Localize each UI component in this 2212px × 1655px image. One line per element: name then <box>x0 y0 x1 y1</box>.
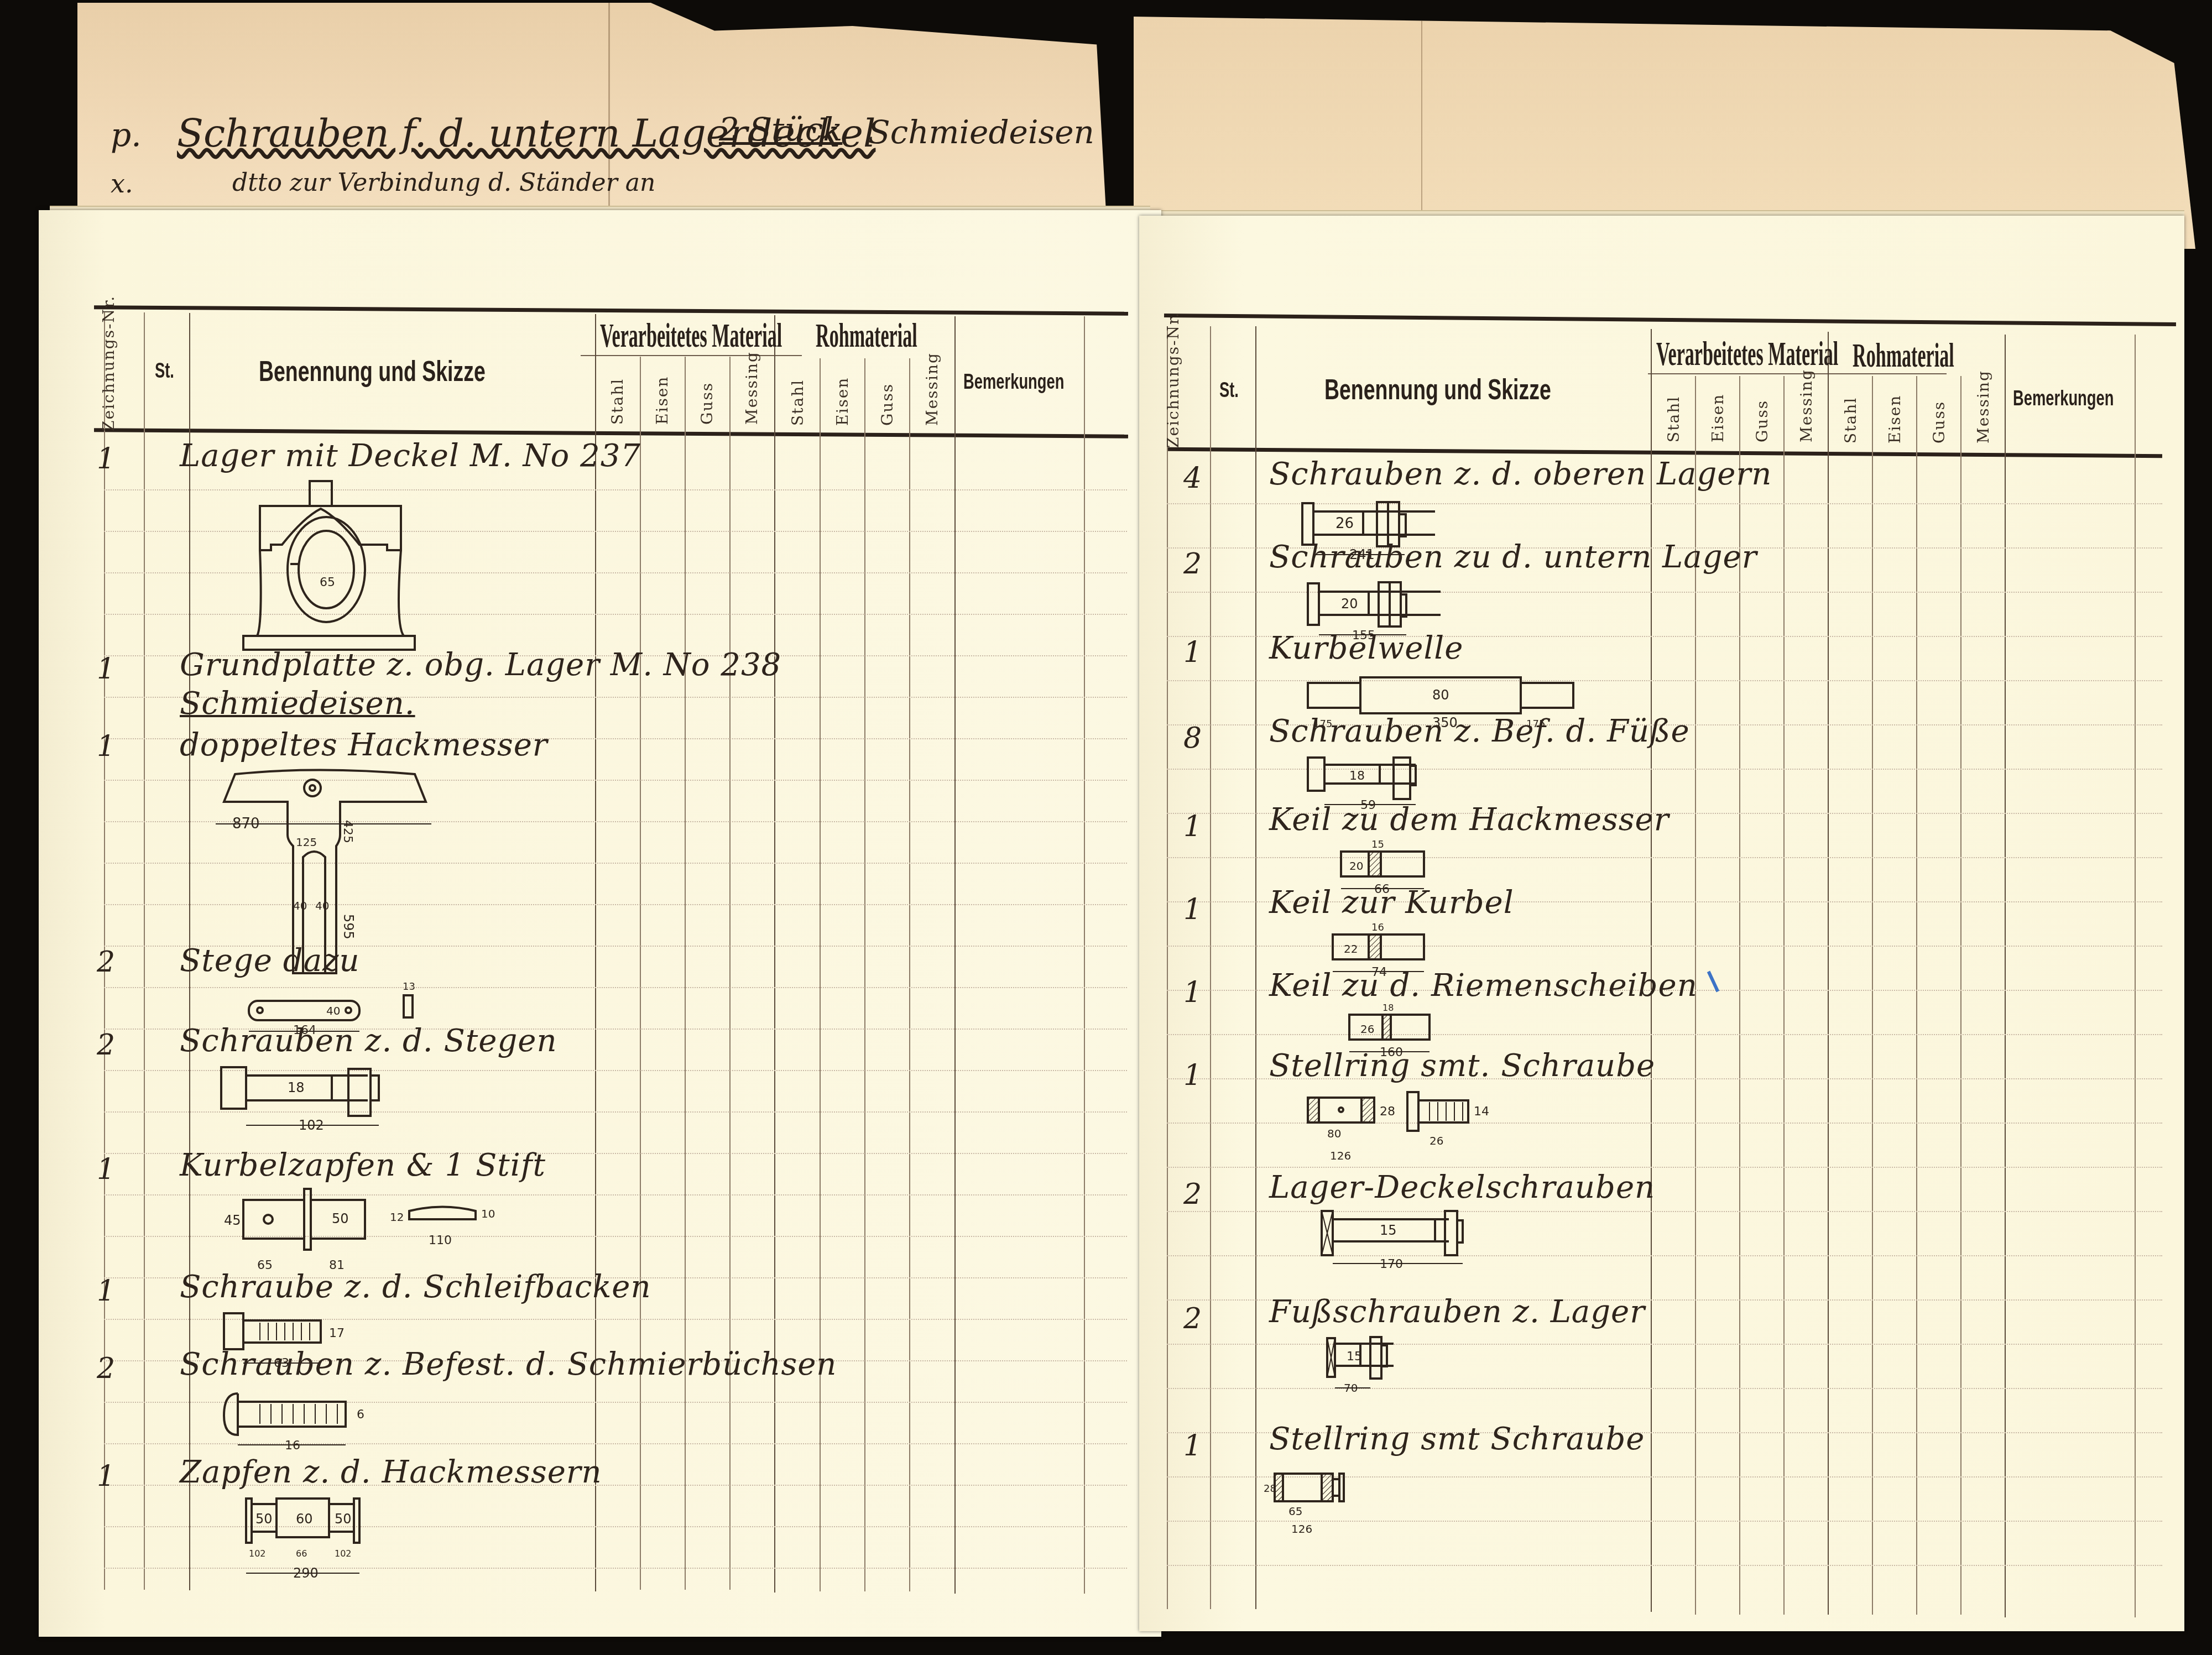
section-heading-wrought-iron: Schmiedeisen. <box>180 686 415 722</box>
svg-text:14: 14 <box>1474 1105 1489 1119</box>
row-line <box>1167 1565 2162 1566</box>
svg-text:70: 70 <box>1344 1381 1358 1395</box>
svg-text:26: 26 <box>1430 1134 1443 1147</box>
row-qty: 1 <box>97 1460 115 1493</box>
row-name: Schrauben z. Bef. d. Füße <box>1269 713 1690 749</box>
row-name: Schrauben z. d. Stegen <box>180 1023 557 1059</box>
header-processed-material: Verarbeitetes Material <box>600 316 782 356</box>
parts-table-right: Zeichnungs-Nr. St. Benennung und Skizze … <box>1139 216 2184 1631</box>
header-raw-guss: Guss <box>1930 401 1948 443</box>
header-drawing-no: Zeichnungs-Nr. <box>100 295 118 431</box>
back-line-2-marker: x. <box>111 169 133 199</box>
row-qty: 2 <box>97 1352 115 1385</box>
header-remarks: Bemerkungen <box>2013 387 2114 411</box>
col-divider <box>1167 326 1168 1609</box>
header-processed-eisen: Eisen <box>1709 394 1727 442</box>
svg-text:15: 15 <box>1380 1223 1397 1238</box>
header-processed-messing: Messing <box>743 351 761 425</box>
svg-text:26: 26 <box>1335 515 1354 532</box>
row-line <box>1167 946 2162 947</box>
svg-text:15: 15 <box>1371 839 1384 850</box>
svg-text:22: 22 <box>1344 942 1358 956</box>
parts-table-left: Zeichnungs-Nr. St. Benennung und Skizze … <box>39 210 1161 1637</box>
header-raw-stahl: Stahl <box>789 379 807 426</box>
back-line-1-qty: 2 Stück <box>719 111 842 148</box>
svg-text:10: 10 <box>481 1207 495 1220</box>
row-name: Lager-Deckelschrauben <box>1269 1170 1655 1205</box>
row-name: Lager mit Deckel M. No 237 <box>180 438 641 474</box>
header-bottom-rule <box>94 428 1128 438</box>
row-line <box>1167 1344 2162 1345</box>
back-line-1-material: Schmiedeisen <box>868 113 1094 151</box>
col-divider <box>774 315 775 1593</box>
col-divider <box>820 358 821 1591</box>
row-name: Stege dazu <box>180 943 360 979</box>
header-name-sketch: Benennung und Skizze <box>1324 373 1551 406</box>
svg-text:15: 15 <box>1347 1350 1362 1364</box>
header-qty: St. <box>1219 379 1239 403</box>
row-name: Grundplatte z. obg. Lager M. No 238 <box>180 647 781 683</box>
row-qty: 1 <box>1183 1059 1202 1092</box>
row-line <box>1167 857 2162 858</box>
row-name: Schraube z. d. Schleifbacken <box>180 1269 651 1305</box>
table-top-rule <box>94 305 1128 315</box>
svg-text:40: 40 <box>293 899 307 912</box>
col-divider <box>1255 326 1256 1609</box>
back-line-1-marker: p. <box>111 116 142 154</box>
svg-text:102: 102 <box>299 1118 324 1133</box>
svg-text:40: 40 <box>315 899 329 912</box>
svg-text:28: 28 <box>1380 1105 1395 1119</box>
row-line <box>1167 1255 2162 1256</box>
row-qty: 1 <box>1183 1429 1202 1463</box>
col-divider <box>144 312 145 1590</box>
svg-text:18: 18 <box>288 1080 305 1095</box>
svg-text:60: 60 <box>296 1511 313 1527</box>
col-divider <box>1872 376 1873 1615</box>
form-page-right: Zeichnungs-Nr. St. Benennung und Skizze … <box>1139 216 2184 1631</box>
collar-sketch: 28 65 126 <box>1264 1471 1430 1537</box>
row-name: doppeltes Hackmesser <box>180 727 548 763</box>
svg-text:16: 16 <box>285 1439 300 1453</box>
header-name-sketch: Benennung und Skizze <box>259 355 486 388</box>
col-divider <box>1828 332 1829 1615</box>
row-name: Kurbelwelle <box>1269 630 1463 666</box>
row-line <box>1167 1034 2162 1035</box>
blue-ink-mark <box>1707 971 1719 993</box>
row-qty: 1 <box>1183 893 1202 926</box>
col-divider <box>595 314 596 1591</box>
svg-text:50: 50 <box>335 1511 352 1527</box>
small-screw-sketch: 6 16 <box>221 1391 404 1452</box>
header-raw-material: Rohmaterial <box>1853 336 1954 375</box>
header-raw-guss: Guss <box>878 383 896 426</box>
svg-text:26: 26 <box>1360 1022 1374 1036</box>
col-divider <box>909 358 910 1591</box>
table-top-rule <box>1164 314 2176 326</box>
row-name: Schrauben z. Befest. d. Schmierbüchsen <box>180 1346 837 1382</box>
row-qty: 2 <box>97 1028 115 1062</box>
svg-text:18: 18 <box>1383 1003 1394 1013</box>
svg-text:28: 28 <box>1264 1483 1276 1495</box>
header-qty: St. <box>155 359 174 383</box>
header-raw-eisen: Eisen <box>833 377 852 426</box>
col-divider <box>1783 376 1785 1615</box>
svg-text:425: 425 <box>341 820 354 843</box>
collar-and-screw-sketch: 28 80 126 14 26 <box>1305 1092 1615 1175</box>
svg-text:102: 102 <box>249 1548 266 1559</box>
row-qty: 4 <box>1183 462 1202 495</box>
svg-text:65: 65 <box>1288 1505 1302 1518</box>
svg-text:80: 80 <box>1327 1127 1341 1140</box>
row-name: Keil zur Kurbel <box>1269 885 1514 921</box>
svg-text:6: 6 <box>357 1408 364 1422</box>
svg-text:12: 12 <box>390 1210 404 1224</box>
svg-text:126: 126 <box>1330 1149 1351 1162</box>
svg-text:17: 17 <box>329 1327 345 1340</box>
row-line <box>1167 1211 2162 1212</box>
row-qty: 2 <box>1183 547 1202 581</box>
row-name: Zapfen z. d. Hackmessern <box>180 1454 602 1490</box>
row-qty: 2 <box>97 946 115 979</box>
row-qty: 1 <box>1183 636 1202 669</box>
row-line <box>1167 1388 2162 1389</box>
form-page-left: Zeichnungs-Nr. St. Benennung und Skizze … <box>39 210 1161 1637</box>
svg-text:13: 13 <box>403 981 415 993</box>
row-qty: 2 <box>1183 1178 1202 1211</box>
svg-text:125: 125 <box>296 836 317 849</box>
header-processed-stahl: Stahl <box>1665 396 1683 442</box>
row-qty: 1 <box>97 1153 115 1186</box>
col-divider <box>640 357 641 1590</box>
col-divider <box>1960 376 1961 1615</box>
back-line-2-text: dtto zur Verbindung d. Ständer an <box>232 169 655 197</box>
svg-text:65: 65 <box>320 576 335 589</box>
svg-text:50: 50 <box>332 1211 349 1226</box>
row-name: Keil zu dem Hackmesser <box>1269 802 1670 838</box>
svg-text:126: 126 <box>1291 1522 1312 1536</box>
row-qty: 2 <box>1183 1302 1202 1335</box>
svg-text:20: 20 <box>1349 859 1363 873</box>
bolt-square-head-sketch: 15 70 <box>1324 1335 1457 1396</box>
svg-text:595: 595 <box>341 914 356 939</box>
header-raw-material: Rohmaterial <box>816 316 917 356</box>
col-divider <box>2135 335 2136 1617</box>
header-raw-eisen: Eisen <box>1886 395 1904 443</box>
header-processed-eisen: Eisen <box>653 376 671 425</box>
svg-text:80: 80 <box>1432 687 1449 703</box>
svg-text:870: 870 <box>232 816 260 832</box>
bearing-sketch: 65 <box>227 476 437 652</box>
header-processed-guss: Guss <box>1753 400 1771 442</box>
header-processed-material: Verarbeitetes Material <box>1656 335 1838 374</box>
header-drawing-no: Zeichnungs-Nr. <box>1164 312 1182 448</box>
svg-text:290: 290 <box>293 1565 319 1581</box>
pin-sketch: 50 60 50 102 66 102 290 <box>243 1496 420 1590</box>
svg-text:16: 16 <box>1371 922 1384 933</box>
row-qty: 1 <box>97 652 115 686</box>
header-processed-guss: Guss <box>698 382 716 425</box>
header-raw-messing: Messing <box>1974 370 1992 443</box>
row-qty: 8 <box>1183 722 1202 755</box>
col-divider <box>2005 335 2006 1617</box>
col-divider <box>1210 326 1211 1609</box>
row-name: Keil zu d. Riemenscheiben <box>1269 968 1698 1004</box>
col-divider <box>864 358 865 1591</box>
svg-text:40: 40 <box>326 1004 340 1017</box>
col-divider <box>685 357 686 1590</box>
row-name: Fußschrauben z. Lager <box>1269 1294 1645 1330</box>
row-qty: 1 <box>97 1275 115 1308</box>
row-name: Schrauben zu d. untern Lager <box>1269 539 1757 575</box>
bolt-square-head-sketch: 15 170 <box>1319 1208 1496 1275</box>
header-raw-messing: Messing <box>923 352 941 426</box>
svg-text:66: 66 <box>296 1548 307 1559</box>
header-remarks: Bemerkungen <box>963 370 1064 394</box>
bolt-sketch: 18 102 <box>216 1064 426 1136</box>
row-qty: 1 <box>1183 810 1202 843</box>
header-processed-messing: Messing <box>1797 369 1815 442</box>
col-divider <box>729 357 731 1590</box>
row-qty: 1 <box>1183 976 1202 1009</box>
header-processed-stahl: Stahl <box>608 378 627 425</box>
col-divider <box>1916 376 1917 1615</box>
row-qty: 1 <box>97 442 115 476</box>
row-name: Schrauben z. d. oberen Lagern <box>1269 456 1772 492</box>
row-name: Stellring smt Schraube <box>1269 1421 1645 1457</box>
svg-text:102: 102 <box>335 1548 352 1559</box>
svg-text:170: 170 <box>1380 1257 1403 1271</box>
svg-text:45: 45 <box>224 1213 241 1228</box>
svg-text:50: 50 <box>255 1511 273 1527</box>
svg-text:20: 20 <box>1341 596 1358 612</box>
svg-text:110: 110 <box>429 1234 452 1247</box>
row-qty: 1 <box>97 730 115 763</box>
svg-text:18: 18 <box>1349 769 1365 783</box>
header-raw-stahl: Stahl <box>1841 397 1860 443</box>
back-sheet-left: p. Schrauben f. d. untern Lagerdeckel 2 … <box>77 3 1139 235</box>
row-name: Stellring smt. Schraube <box>1269 1048 1655 1084</box>
row-name: Kurbelzapfen & 1 Stift <box>180 1147 546 1183</box>
